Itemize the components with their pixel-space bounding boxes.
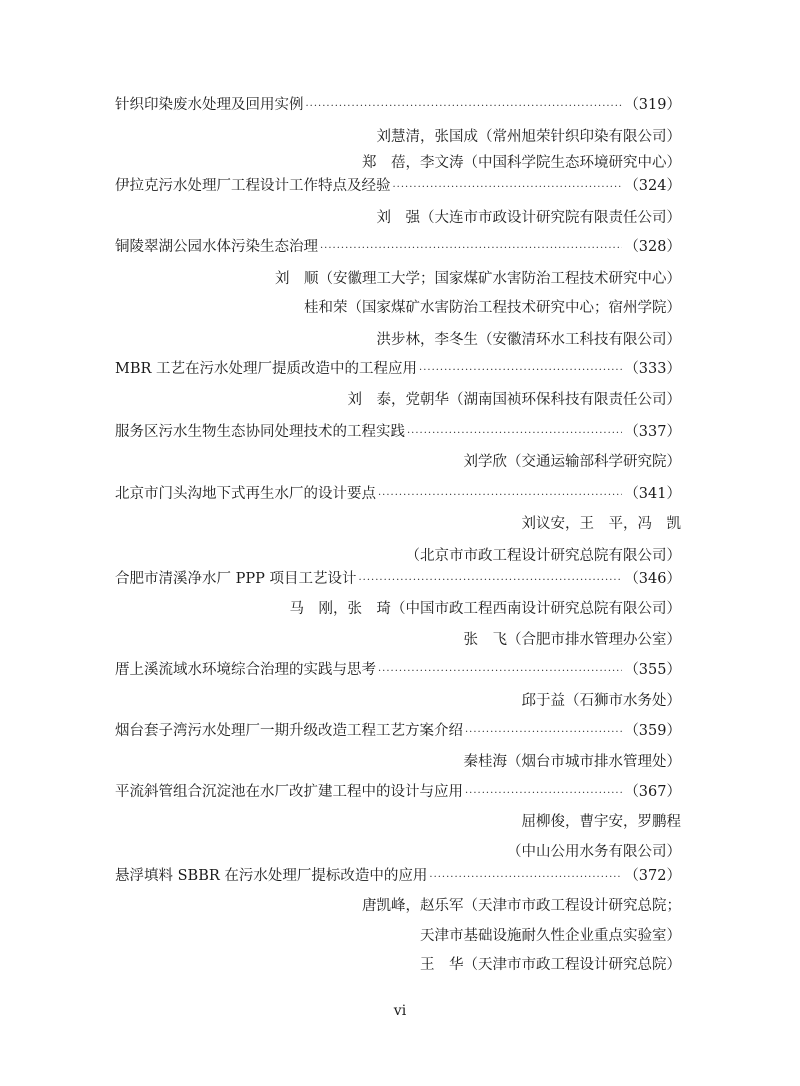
toc-author: 刘慧清，张国成（常州旭荣针织印染有限公司） xyxy=(115,127,681,147)
toc-author: 唐凯峰，赵乐军（天津市市政工程设计研究总院； xyxy=(115,896,681,916)
leader-dots xyxy=(359,571,623,591)
toc-page-number: （333） xyxy=(624,359,681,379)
toc-entry[interactable]: 合肥市清溪净水厂 PPP 项目工艺设计 （346） xyxy=(115,569,681,589)
toc-entry[interactable]: 针织印染废水处理及回用实例 （319） xyxy=(115,95,681,115)
toc-title: 针织印染废水处理及回用实例 xyxy=(115,95,304,115)
toc-author: 屈柳俊，曹宇安，罗鹏程 xyxy=(115,812,681,832)
leader-dots xyxy=(306,97,623,117)
toc-page-number: （328） xyxy=(624,237,681,257)
toc-page-number: （346） xyxy=(624,569,681,589)
toc-title: 服务区污水生物生态协同处理技术的工程实践 xyxy=(115,422,405,442)
page-number: vi xyxy=(0,1003,800,1019)
toc-title: 北京市门头沟地下式再生水厂的设计要点 xyxy=(115,484,376,504)
toc-author: 刘学欣（交通运输部科学研究院） xyxy=(115,452,681,472)
toc-title: 烟台套子湾污水处理厂一期升级改造工程工艺方案介绍 xyxy=(115,721,463,741)
toc-page-number: （319） xyxy=(624,95,681,115)
toc-author: 郑 蓓，李文涛（中国科学院生态环境研究中心） xyxy=(115,153,681,173)
toc-author: 秦桂海（烟台市城市排水管理处） xyxy=(115,752,681,772)
toc-entry[interactable]: 北京市门头沟地下式再生水厂的设计要点 （341） xyxy=(115,484,681,504)
toc-author: 邱于益（石狮市水务处） xyxy=(115,691,681,711)
toc-author: （中山公用水务有限公司） xyxy=(115,842,681,862)
toc-author: 刘 泰，党朝华（湖南国祯环保科技有限责任公司） xyxy=(115,390,681,410)
toc-author: 洪步林，李冬生（安徽清环水工科技有限公司） xyxy=(115,330,681,350)
toc-author: 马 刚，张 琦（中国市政工程西南设计研究总院有限公司） xyxy=(115,599,681,619)
leader-dots xyxy=(465,723,622,743)
toc-title: 铜陵翠湖公园水体污染生态治理 xyxy=(115,237,318,257)
toc-entry[interactable]: 悬浮填料 SBBR 在污水处理厂提标改造中的应用 （372） xyxy=(115,866,681,886)
toc-author: 刘 顺（安徽理工大学；国家煤矿水害防治工程技术研究中心） xyxy=(115,269,681,289)
leader-dots xyxy=(378,486,622,506)
toc-author: 刘 强（大连市市政设计研究院有限责任公司） xyxy=(115,208,681,228)
toc-author: 王 华（天津市市政工程设计研究总院） xyxy=(115,955,681,975)
leader-dots xyxy=(419,361,622,381)
toc-page-number: （367） xyxy=(624,782,681,802)
toc-author: 天津市基础设施耐久性企业重点实验室） xyxy=(115,926,681,946)
toc-page-number: （341） xyxy=(624,484,681,504)
toc-entry[interactable]: MBR 工艺在污水处理厂提质改造中的工程应用 （333） xyxy=(115,359,681,379)
leader-dots xyxy=(429,868,622,888)
toc-title: MBR 工艺在污水处理厂提质改造中的工程应用 xyxy=(115,359,417,379)
leader-dots xyxy=(320,239,622,259)
toc-page-number: （324） xyxy=(624,176,681,196)
leader-dots xyxy=(393,178,623,198)
toc-author: （北京市市政工程设计研究总院有限公司） xyxy=(115,546,681,566)
toc-entry[interactable]: 伊拉克污水处理厂工程设计工作特点及经验 （324） xyxy=(115,176,681,196)
toc-page-number: （359） xyxy=(624,721,681,741)
toc-page-number: （372） xyxy=(624,866,681,886)
toc-entry[interactable]: 铜陵翠湖公园水体污染生态治理 （328） xyxy=(115,237,681,257)
toc-page-number: （355） xyxy=(624,660,681,680)
toc-title: 合肥市清溪净水厂 PPP 项目工艺设计 xyxy=(115,569,357,589)
toc-title: 伊拉克污水处理厂工程设计工作特点及经验 xyxy=(115,176,391,196)
toc-title: 平流斜管组合沉淀池在水厂改扩建工程中的设计与应用 xyxy=(115,782,463,802)
toc-author: 刘议安，王 平，冯 凯 xyxy=(115,514,681,534)
leader-dots xyxy=(465,784,622,804)
toc-author: 桂和荣（国家煤矿水害防治工程技术研究中心；宿州学院） xyxy=(115,298,681,318)
toc-title: 悬浮填料 SBBR 在污水处理厂提标改造中的应用 xyxy=(115,866,427,886)
leader-dots xyxy=(407,424,622,444)
toc-page-number: （337） xyxy=(624,422,681,442)
toc-entry[interactable]: 烟台套子湾污水处理厂一期升级改造工程工艺方案介绍 （359） xyxy=(115,721,681,741)
toc-entry[interactable]: 厝上溪流域水环境综合治理的实践与思考 （355） xyxy=(115,660,681,680)
toc-entry[interactable]: 服务区污水生物生态协同处理技术的工程实践 （337） xyxy=(115,422,681,442)
toc-author: 张 飞（合肥市排水管理办公室） xyxy=(115,630,681,650)
toc-title: 厝上溪流域水环境综合治理的实践与思考 xyxy=(115,660,376,680)
leader-dots xyxy=(378,662,622,682)
toc-entry[interactable]: 平流斜管组合沉淀池在水厂改扩建工程中的设计与应用 （367） xyxy=(115,782,681,802)
